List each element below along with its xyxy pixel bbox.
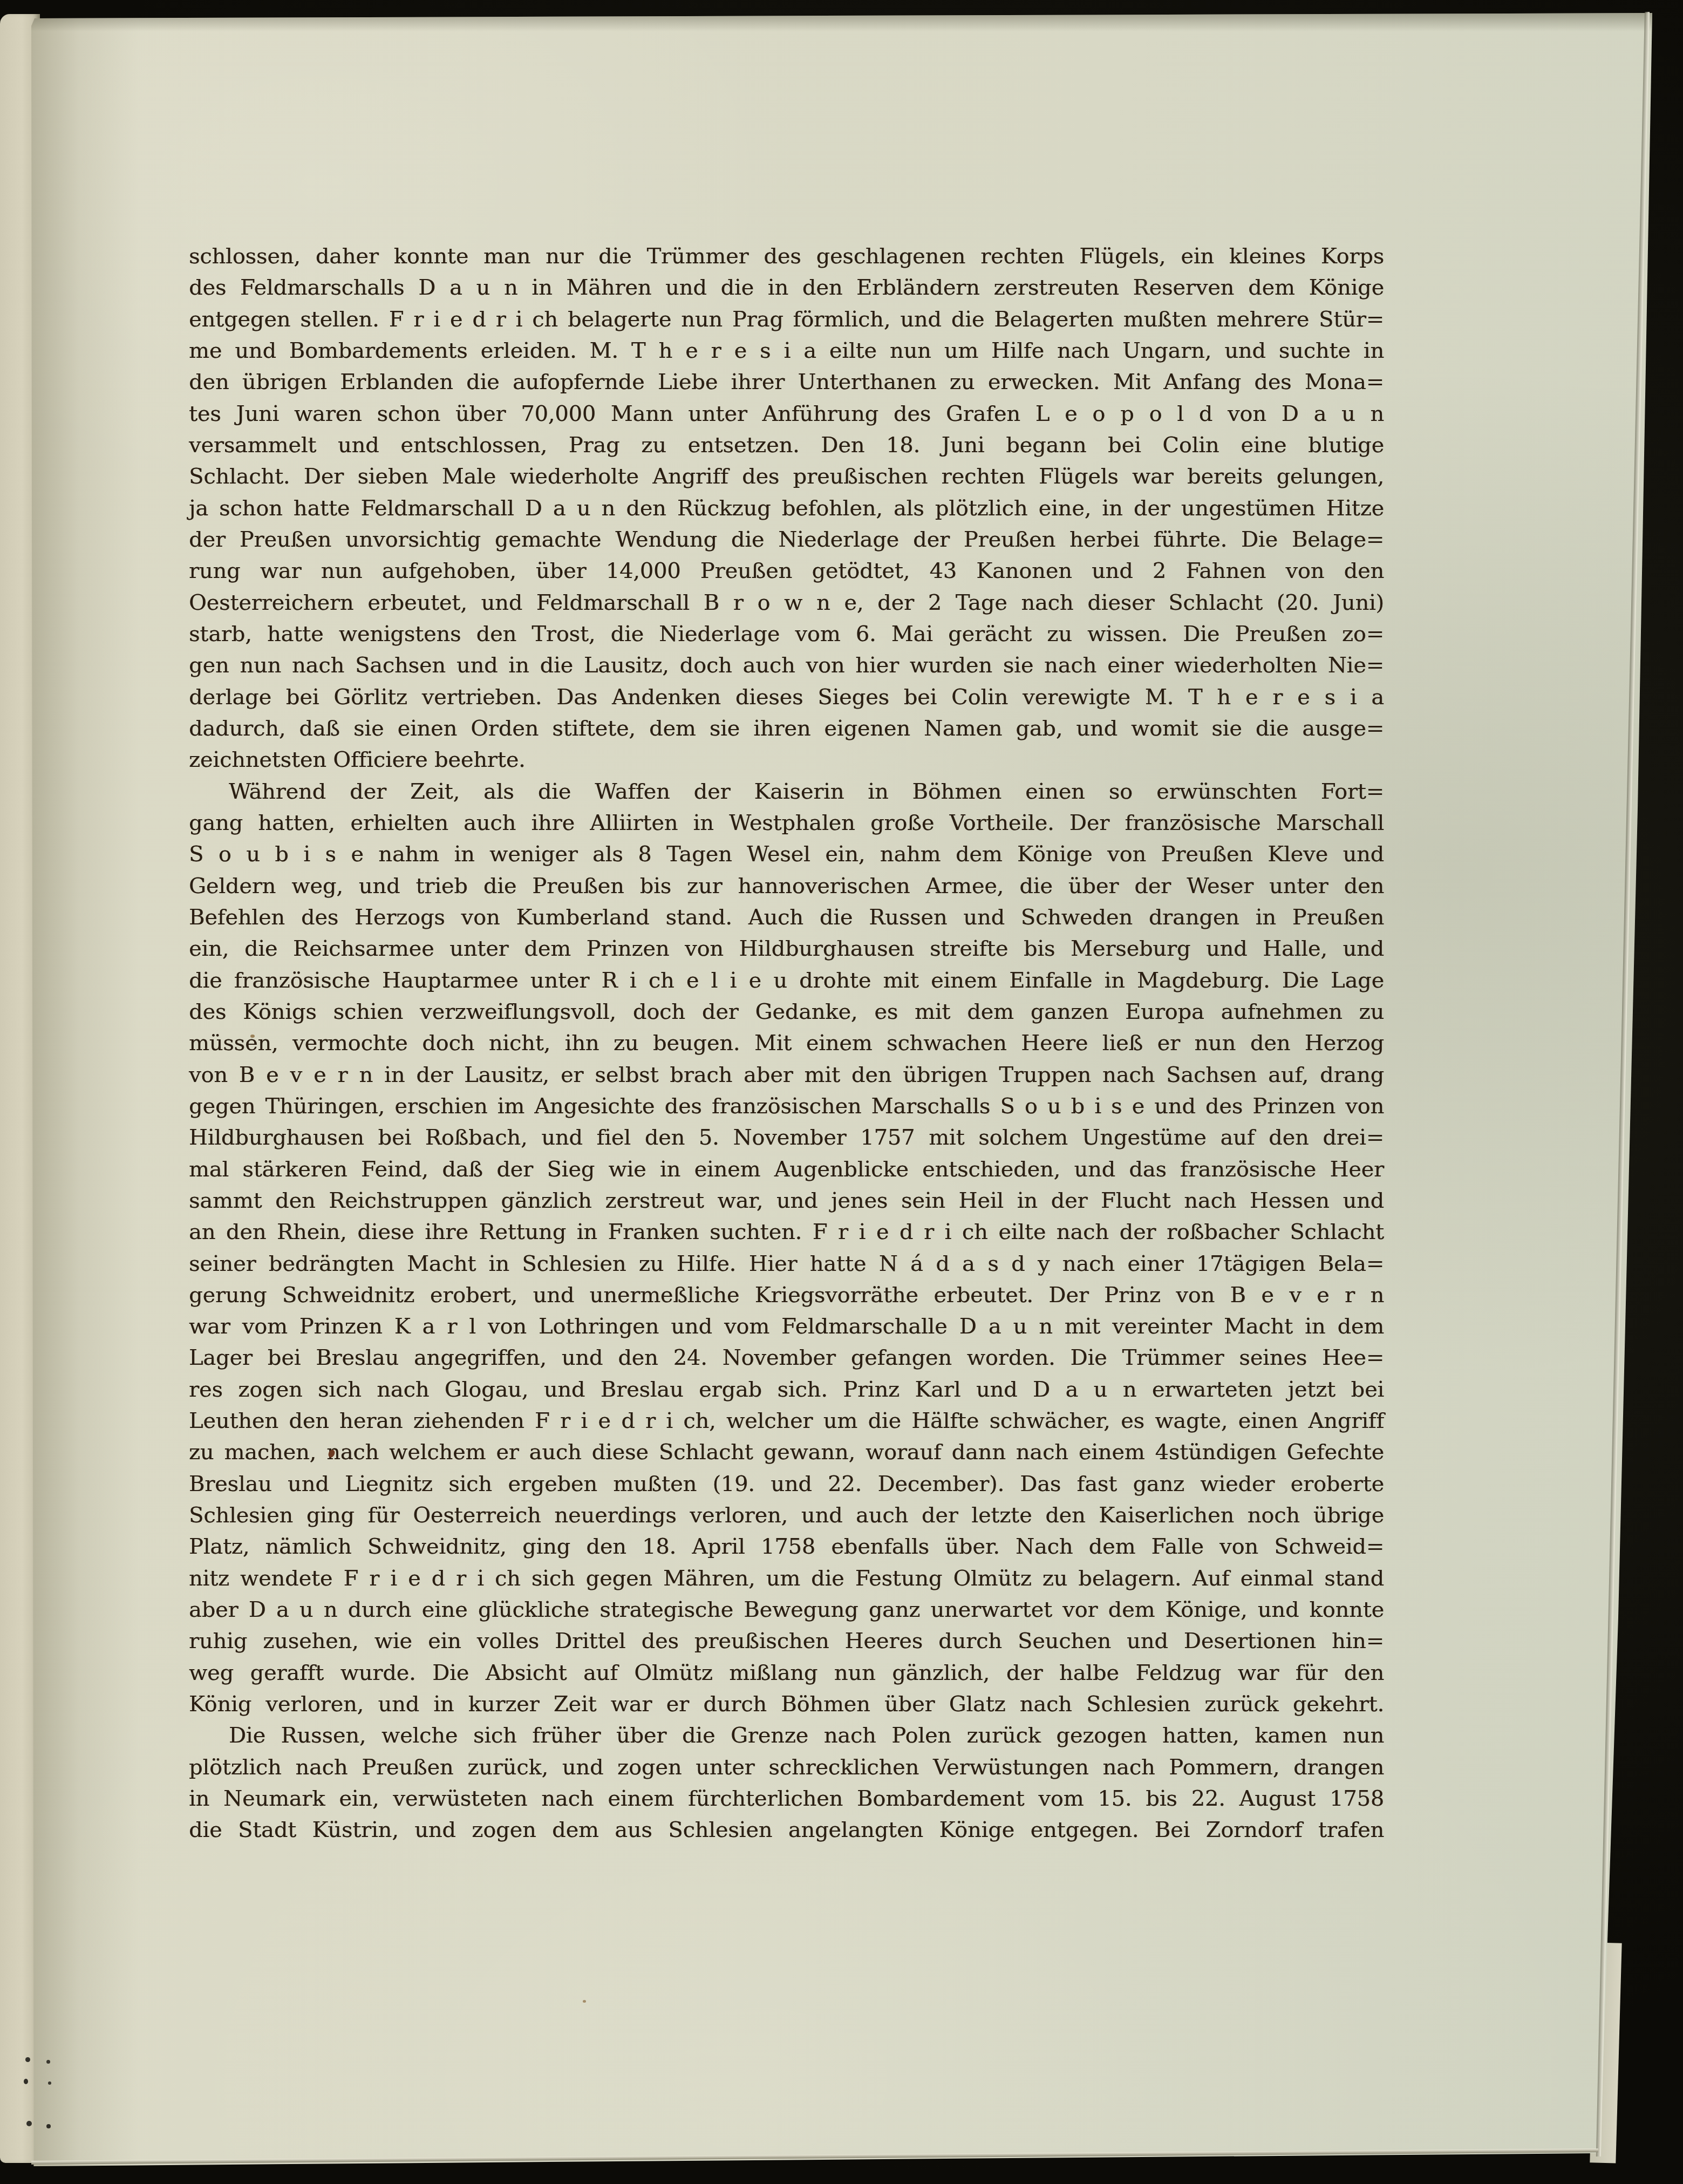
text-line: versammelt und entschlossen, Prag zu ent…: [189, 430, 1384, 461]
text-line: Schlesien ging für Oesterreich neuerding…: [189, 1500, 1384, 1531]
text-line: mal stärkeren Feind, daß der Sieg wie in…: [189, 1154, 1384, 1185]
text-line: entgegen stellen. F r i e d r i ch belag…: [189, 304, 1384, 335]
text-line: schlossen, daher konnte man nur die Trüm…: [189, 241, 1384, 272]
text-line: plötzlich nach Preußen zurück, und zogen…: [189, 1752, 1384, 1783]
text-line: res zogen sich nach Glogau, und Breslau …: [189, 1374, 1384, 1405]
text-line: der Preußen unvorsichtig gemachte Wendun…: [189, 524, 1384, 555]
gutter-shadow: [31, 13, 145, 2166]
ink-speck: [26, 2121, 32, 2126]
text-line: Oesterreichern erbeutet, und Feldmarscha…: [189, 587, 1384, 618]
ink-speck: [48, 2081, 51, 2085]
text-line: die französische Hauptarmee unter R i ch…: [189, 965, 1384, 996]
text-line: ein, die Reichsarmee unter dem Prinzen v…: [189, 933, 1384, 964]
text-line: Schlacht. Der sieben Male wiederholte An…: [189, 461, 1384, 492]
ink-speck: [583, 2000, 586, 2003]
text-line: gang hatten, erhielten auch ihre Alliirt…: [189, 807, 1384, 839]
text-line: war vom Prinzen K a r l von Lothringen u…: [189, 1311, 1384, 1342]
text-line: Geldern weg, und trieb die Preußen bis z…: [189, 870, 1384, 902]
text-line: starb, hatte wenigstens den Trost, die N…: [189, 618, 1384, 650]
text-line: König verloren, und in kurzer Zeit war e…: [189, 1689, 1384, 1720]
text-line: Breslau und Liegnitz sich ergeben mußten…: [189, 1468, 1384, 1500]
text-line: dadurch, daß sie einen Orden stiftete, d…: [189, 713, 1384, 744]
text-line: sammt den Reichstruppen gänzlich zerstre…: [189, 1185, 1384, 1216]
text-line: in Neumark ein, verwüsteten nach einem f…: [189, 1783, 1384, 1814]
page-top-shadow: [31, 13, 1652, 31]
ink-speck: [46, 2060, 50, 2064]
ink-speck: [25, 2057, 30, 2062]
text-line: von B e v e r n in der Lausitz, er selbs…: [189, 1059, 1384, 1091]
page-text-block: schlossen, daher konnte man nur die Trüm…: [189, 241, 1384, 1846]
ink-speck: [46, 2124, 51, 2128]
text-line: zu machen, nach welchem er auch diese Sc…: [189, 1437, 1384, 1468]
text-line: gen nun nach Sachsen und in die Lausitz,…: [189, 650, 1384, 681]
text-line: me und Bombardements erleiden. M. T h e …: [189, 335, 1384, 366]
text-line: nitz wendete F r i e d r i ch sich gegen…: [189, 1563, 1384, 1594]
text-line: die Stadt Küstrin, und zogen dem aus Sch…: [189, 1814, 1384, 1846]
text-line: des Feldmarschalls D a u n in Mähren und…: [189, 272, 1384, 303]
text-line: Während der Zeit, als die Waffen der Kai…: [189, 776, 1384, 807]
text-line: derlage bei Görlitz vertrieben. Das Ande…: [189, 682, 1384, 713]
text-line: Lager bei Breslau angegriffen, und den 2…: [189, 1342, 1384, 1373]
text-line: Die Russen, welche sich früher über die …: [189, 1720, 1384, 1751]
text-line: gegen Thüringen, erschien im Angesichte …: [189, 1091, 1384, 1122]
text-line: den übrigen Erblanden die aufopfernde Li…: [189, 366, 1384, 398]
text-line: Hildburghausen bei Roßbach, und fiel den…: [189, 1122, 1384, 1153]
text-line: Leuthen den heran ziehenden F r i e d r …: [189, 1405, 1384, 1437]
text-line: des Königs schien verzweiflungsvoll, doc…: [189, 996, 1384, 1028]
text-line: Platz, nämlich Schweidnitz, ging den 18.…: [189, 1531, 1384, 1562]
ink-speck: [24, 2079, 28, 2084]
scan-background: schlossen, daher konnte man nur die Trüm…: [0, 0, 1683, 2184]
text-line: aber D a u n durch eine glückliche strat…: [189, 1594, 1384, 1625]
text-line: S o u b i s e nahm in weniger als 8 Tage…: [189, 839, 1384, 870]
text-line: Befehlen des Herzogs von Kumberland stan…: [189, 902, 1384, 933]
text-line: tes Juni waren schon über 70,000 Mann un…: [189, 398, 1384, 430]
ink-speck: [250, 1035, 255, 1038]
text-line: müssen, vermochte doch nicht, ihn zu beu…: [189, 1028, 1384, 1059]
text-line: ruhig zusehen, wie ein volles Drittel de…: [189, 1625, 1384, 1657]
text-line: seiner bedrängten Macht in Schlesien zu …: [189, 1248, 1384, 1280]
text-line: ja schon hatte Feldmarschall D a u n den…: [189, 493, 1384, 524]
text-line: weg gerafft wurde. Die Absicht auf Olmüt…: [189, 1657, 1384, 1689]
text-line: gerung Schweidnitz erobert, und unermeßl…: [189, 1280, 1384, 1311]
text-line: an den Rhein, diese ihre Rettung in Fran…: [189, 1216, 1384, 1248]
text-line: zeichnetsten Officiere beehrte.: [189, 744, 1384, 775]
text-line: rung war nun aufgehoben, über 14,000 Pre…: [189, 555, 1384, 587]
